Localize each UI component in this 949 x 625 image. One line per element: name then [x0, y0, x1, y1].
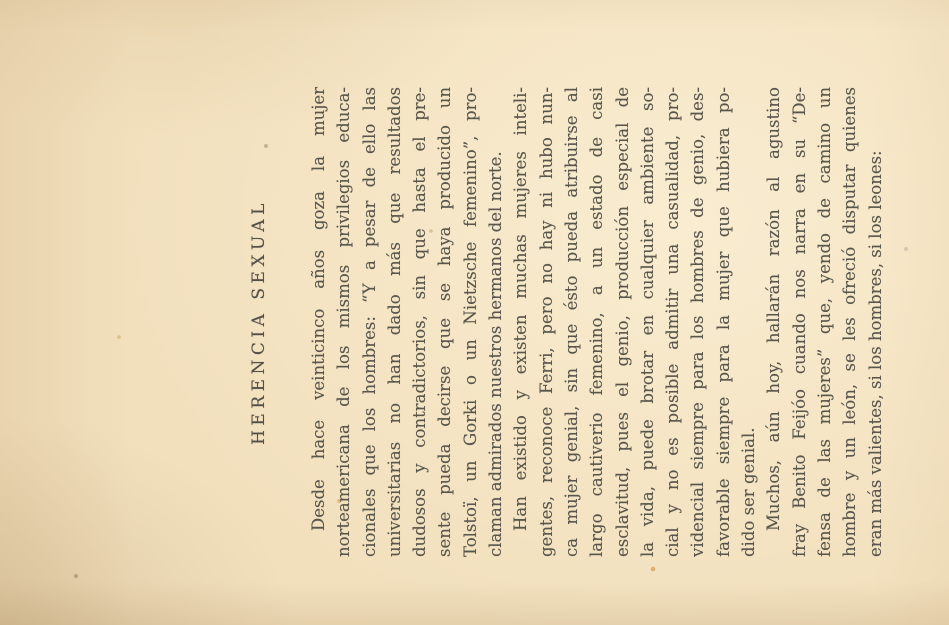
text-line: largo cautiverio femenino, a un estado d…	[584, 87, 609, 557]
page-title: HERENCIA SEXUAL	[249, 87, 269, 557]
text-line: favorable siempre para la mujer que hubi…	[711, 87, 736, 557]
text-line: sente pueda decirse que se haya producid…	[432, 87, 457, 557]
text-line: Han existido y existen muchas mujeres in…	[508, 87, 533, 557]
scanned-book-page: HERENCIA SEXUAL Desde hace veinticinco a…	[0, 0, 949, 625]
text-line: cionales que los hombres: “Y a pesar de …	[357, 87, 382, 557]
text-line: videncial siempre para los hombres de ge…	[685, 87, 710, 557]
text-line: norteamericana de los mismos privilegios…	[331, 87, 356, 557]
text-line: la vida, puede brotar en cualquier ambie…	[635, 87, 660, 557]
text-line: fensa de las mujeres” que, yendo de cami…	[812, 87, 837, 557]
page-body: Desde hace veinticinco años goza la muje…	[306, 87, 888, 557]
text-line: dudosos y contradictorios, sin que hasta…	[407, 87, 432, 557]
text-line: Tolstoï, un Gorki o un Nietzsche femenin…	[458, 87, 483, 557]
text-line: gentes, reconoce Ferri, pero no hay ni h…	[534, 87, 559, 557]
text-line: hombre y un león, se les ofreció disputa…	[837, 87, 862, 557]
text-line: Desde hace veinticinco años goza la muje…	[306, 87, 331, 557]
text-line: esclavitud, pues el genio, producción es…	[610, 87, 635, 557]
text-line: ca mujer genial, sin que ésto pueda atri…	[559, 87, 584, 557]
text-line: claman admirados nuestros hermanos del n…	[483, 87, 508, 557]
text-line: fray Benito Feijóo cuando nos narra en s…	[787, 87, 812, 557]
text-line: dido ser genial.	[736, 87, 761, 557]
text-line: cial y no es posible admitir una casuali…	[660, 87, 685, 557]
rotated-page-content: HERENCIA SEXUAL Desde hace veinticinco a…	[0, 0, 949, 625]
text-line: universitarias no han dado más que resul…	[382, 87, 407, 557]
text-line: Muchos, aún hoy, hallarán razón al agust…	[761, 87, 786, 557]
text-line: eran más valientes, si los hombres, si l…	[863, 87, 888, 557]
